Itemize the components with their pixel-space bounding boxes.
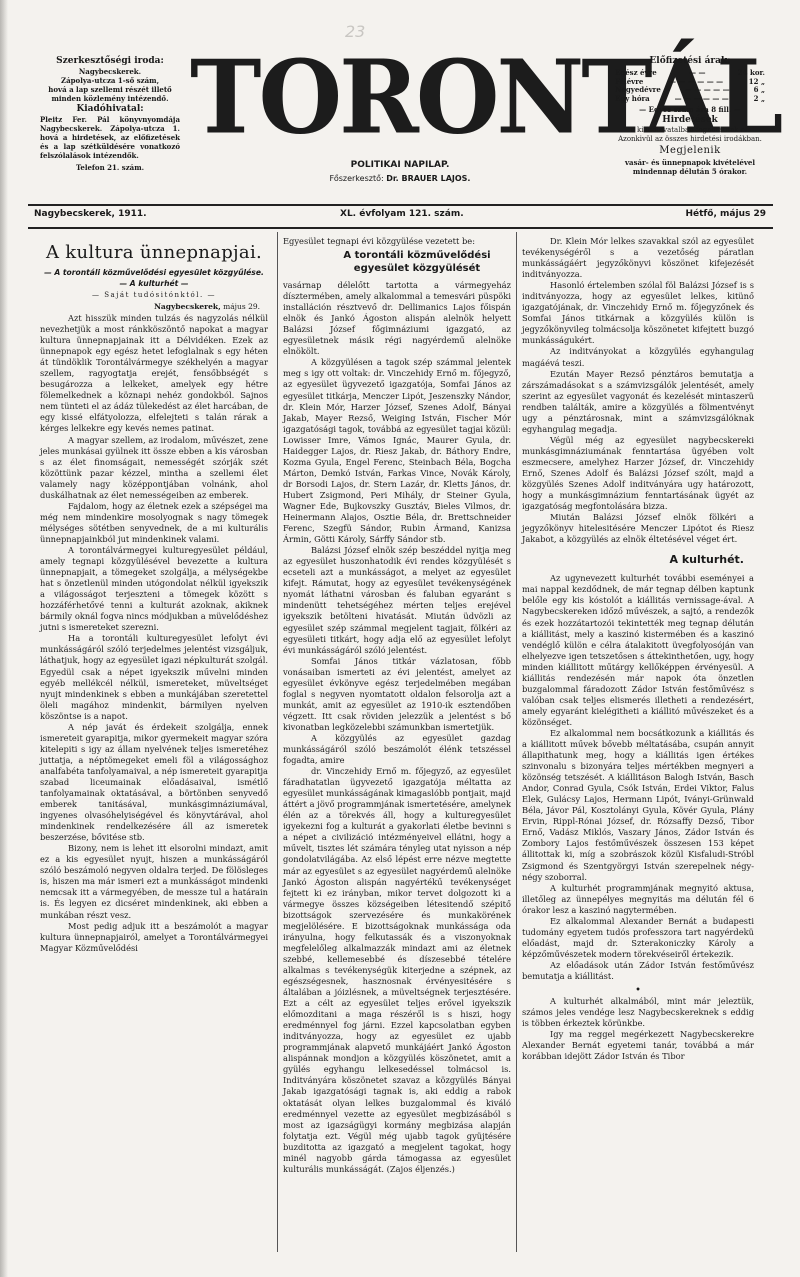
newspaper-title: TORONTÁL bbox=[190, 48, 610, 148]
appears-text: vasár- és ünnepnapok kivételével mindenn… bbox=[615, 158, 765, 176]
editor-name: Dr. BRAUER LAJOS. bbox=[386, 174, 470, 183]
price-list: Egész évre— —24 kor. Félévre— — — — — —1… bbox=[615, 69, 765, 103]
column-2: Egyesület tegnapi évi közgyülése vezetet… bbox=[283, 236, 511, 1175]
column-divider bbox=[277, 232, 278, 1252]
paragraph: A közgyülésen a tagok szép számmal jelen… bbox=[283, 357, 511, 545]
price-dashes: — — — — — — bbox=[675, 95, 729, 104]
editor-label: Főszerkesztő: bbox=[330, 174, 384, 183]
phone-number: Telefon 21. szám. bbox=[40, 163, 180, 172]
dateline-place: Nagybecskerek, bbox=[154, 302, 221, 311]
dateline-date: május 29. bbox=[223, 302, 260, 311]
page-edge-shadow bbox=[0, 0, 8, 1277]
paragraph: Azt hisszük minden tulzás és nagyzolás n… bbox=[40, 313, 268, 435]
paragraph: Ha a torontáli kulturegyesület lefolyt é… bbox=[40, 633, 268, 721]
place-year: Nagybecskerek, 1911. bbox=[34, 209, 147, 219]
publisher-text: Pleitz Fer. Pál könyvnyomdája Nagybecske… bbox=[40, 115, 180, 160]
ads-text: a kiadóhivatalban fogadtatnak el. Azonki… bbox=[615, 126, 765, 144]
section-separator: • bbox=[522, 982, 754, 996]
ads-heading: Hirdetések bbox=[615, 114, 765, 126]
subscription-box: Előfizetési árak: Egész évre— —24 kor. F… bbox=[615, 55, 765, 176]
paragraph: Miután Balázsi József elnök fölkéri a je… bbox=[522, 512, 754, 545]
paragraph: Dr. Klein Mór lelkes szavakkal szól az e… bbox=[522, 236, 754, 280]
prices-heading: Előfizetési árak: bbox=[615, 55, 765, 67]
paragraph: Ezután Mayer Rezső pénztáros bemutatja a… bbox=[522, 369, 754, 435]
paragraph: Az előadások után Zádor István festőművé… bbox=[522, 960, 754, 982]
paragraph: A torontálvármegyei kulturegyesület péld… bbox=[40, 545, 268, 633]
editorial-note: hová a lap szellemi részét illető minden… bbox=[40, 85, 180, 103]
editorial-city: Nagybecskerek. bbox=[40, 67, 180, 76]
price-label: Egy hóra bbox=[615, 95, 650, 104]
paragraph: vasárnap délelőtt tartotta a vármegyeház… bbox=[283, 280, 511, 357]
article-deck: — A torontáli közművelődési egyesület kö… bbox=[40, 267, 268, 278]
paragraph: Egyesület tegnapi évi közgyülése vezetet… bbox=[283, 236, 511, 247]
paragraph: Somfai János titkár vázlatosan, főbb von… bbox=[283, 656, 511, 733]
paragraph: Bizony, nem is lehet itt elsorolni minda… bbox=[40, 843, 268, 920]
article-byline: — Saját tudósitónktól. — bbox=[40, 289, 268, 301]
section-subhead: A torontáli közművelődési egyesület közg… bbox=[323, 250, 511, 275]
newspaper-page: 23 Szerkesztőségi iroda: Nagybecskerek. … bbox=[0, 0, 800, 1277]
date-bar: Nagybecskerek, 1911. XL. évfolyam 121. s… bbox=[30, 208, 770, 222]
price-row: Egy hóra— — — — — —2 „ bbox=[615, 95, 765, 104]
paragraph: Most pedig adjuk itt a beszámolót a magy… bbox=[40, 921, 268, 954]
top-rule bbox=[28, 204, 773, 206]
volume-number: XL. évfolyam 121. szám. bbox=[340, 209, 464, 219]
column-1: A kultura ünnepnapjai. — A torontáli köz… bbox=[40, 238, 268, 954]
paragraph: Az inditványokat a közgyülés egyhangulag… bbox=[522, 346, 754, 368]
paragraph: Fajdalom, hogy az életnek ezek a szépség… bbox=[40, 501, 268, 545]
paragraph: Az ugynevezett kulturhét további esemény… bbox=[522, 573, 754, 728]
paragraph: A közgyülés az egyesület gazdag munkássá… bbox=[283, 733, 511, 766]
article-deck: — A kulturhét — bbox=[40, 278, 268, 289]
paragraph: Végül még az egyesület nagybecskereki mu… bbox=[522, 435, 754, 512]
column-3: Dr. Klein Mór lelkes szavakkal szól az e… bbox=[522, 236, 754, 1062]
editor-line: Főszerkesztő: Dr. BRAUER LAJOS. bbox=[190, 174, 610, 183]
paragraph: A magyar szellem, az irodalom, művészet,… bbox=[40, 435, 268, 501]
paragraph: Ez alkalommal Alexander Bernát a budapes… bbox=[522, 916, 754, 960]
paragraph: A kulturhét alkalmából, mint már jeleztü… bbox=[522, 996, 754, 1029]
single-issue-price: — Egyes szám ára 8 fill. — bbox=[615, 105, 765, 114]
appears-heading: Megjelenik bbox=[615, 144, 765, 158]
column-divider bbox=[516, 232, 517, 1252]
paragraph: Hasonló értelemben szólal föl Balázsi Jó… bbox=[522, 280, 754, 346]
newspaper-subtitle: POLITIKAI NAPILAP. bbox=[190, 160, 610, 170]
editorial-street: Zápolya-utcza 1-ső szám, bbox=[40, 76, 180, 85]
paragraph: A kulturhét programmjának megnyitó aktus… bbox=[522, 883, 754, 916]
article-headline: A kultura ünnepnapjai. bbox=[40, 242, 268, 264]
paragraph: Ez alkalommal nem bocsátkozunk a kiállit… bbox=[522, 728, 754, 883]
price-value: 2 „ bbox=[754, 95, 765, 104]
section-subhead: A kulturhét. bbox=[522, 553, 744, 567]
paragraph: Igy ma reggel megérkezett Nagybecskerekr… bbox=[522, 1029, 754, 1062]
publisher-heading: Kiadóhivatal: bbox=[40, 103, 180, 115]
editorial-office-box: Szerkesztőségi iroda: Nagybecskerek. Záp… bbox=[40, 55, 180, 172]
editorial-heading: Szerkesztőségi iroda: bbox=[40, 55, 180, 67]
paragraph: dr. Vinczehidy Ernő m. főjegyző, az egye… bbox=[283, 766, 511, 1175]
paragraph: A nép javát és érdekeit szolgálja, ennek… bbox=[40, 722, 268, 844]
paragraph: Balázsi József elnök szép beszéddel nyit… bbox=[283, 545, 511, 655]
day-date: Hétfő, május 29 bbox=[685, 209, 766, 219]
bottom-rule bbox=[28, 227, 773, 229]
article-dateline: Nagybecskerek, május 29. bbox=[40, 301, 268, 313]
